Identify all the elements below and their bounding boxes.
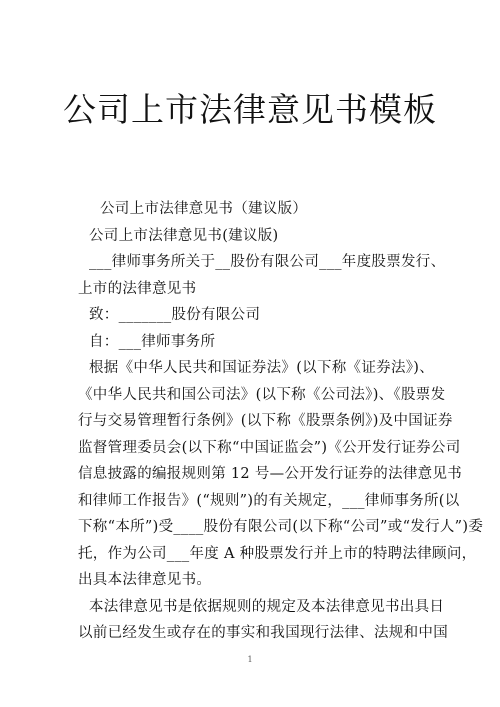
body-line: 公司上市法律意见书（建议版） — [78, 196, 428, 223]
body-line: ___律师事务所关于__股份有限公司___年度股票发行、 — [78, 249, 428, 276]
body-line: 下称“本所”)受____股份有限公司(以下称“公司”或“发行人”)委 — [78, 514, 428, 541]
body-line: 出具本法律意见书。 — [78, 567, 428, 594]
body-line: 公司上市法律意见书(建议版) — [78, 223, 428, 250]
document-title: 公司上市法律意见书模板 — [0, 84, 500, 131]
page-number: 1 — [0, 655, 500, 664]
body-line: 以前已经发生或存在的事实和我国现行法律、法规和中国 — [78, 620, 428, 647]
body-line: 行与交易管理暂行条例》(以下称《股票条例》)及中国证券 — [78, 408, 428, 435]
body-line: 和律师工作报告》(“规则”)的有关规定，___律师事务所(以 — [78, 488, 428, 515]
body-line: 上市的法律意见书 — [78, 276, 428, 303]
document-body: 公司上市法律意见书（建议版） 公司上市法律意见书(建议版) ___律师事务所关于… — [78, 196, 428, 647]
body-line: 托，作为公司___年度 A 种股票发行并上市的特聘法律顾问， — [78, 541, 428, 568]
body-line: 监督管理委员会(以下称“中国证监会”)《公开发行证券公司 — [78, 435, 428, 462]
body-line: 根据《中华人民共和国证券法》(以下称《证券法》)、 — [78, 355, 428, 382]
body-line: 致：_______股份有限公司 — [78, 302, 428, 329]
body-line: 本法律意见书是依据规则的规定及本法律意见书出具日 — [78, 594, 428, 621]
body-line: 《中华人民共和国公司法》(以下称《公司法》)、《股票发 — [78, 382, 428, 409]
body-line: 信息披露的编报规则第 12 号—公开发行证券的法律意见书 — [78, 461, 428, 488]
body-line: 自：___律师事务所 — [78, 329, 428, 356]
